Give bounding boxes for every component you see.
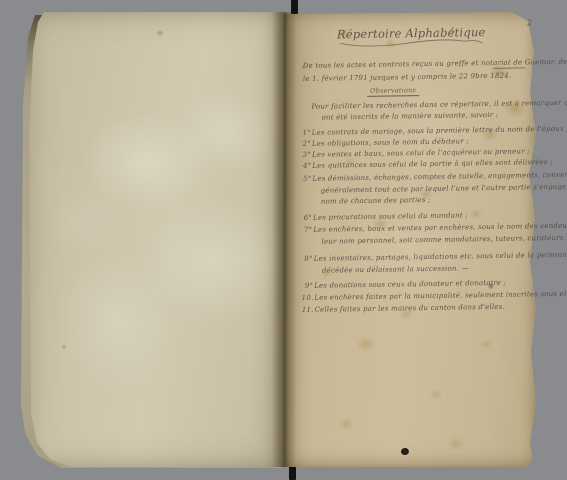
line-text: Les donations sous ceux du donateur et d…: [314, 279, 506, 290]
line-text: Les quittances sous celui de la partie à…: [312, 158, 552, 170]
manuscript-lines: Pour faciliter les recherches dans ce ré…: [297, 98, 544, 316]
manuscript-line: leur nom personnel, soit comme mandatair…: [299, 233, 543, 248]
ink-blot-dot: [401, 448, 409, 455]
line-text: ont été inscrits de la manière suivante,…: [321, 111, 498, 122]
manuscript-line: ont été inscrits de la manière suivante,…: [297, 109, 541, 124]
binding-strap-top: [291, 0, 298, 14]
manuscript-scan: 2 Répertoire Alphabétique De tous les ac…: [0, 0, 567, 480]
line-number: 4°: [298, 161, 311, 172]
left-blank-page: [26, 12, 284, 467]
line-text: Celles faites par les maires du canton d…: [314, 303, 505, 314]
line-text: décédée ou délaissant la succession. —: [322, 264, 469, 274]
line-number: 7°: [299, 225, 312, 236]
intro-paragraph: De tous les actes et contrats reçus au g…: [303, 56, 543, 86]
line-number: 6°: [299, 212, 312, 223]
line-text: Les inventaires, partages, liquidations …: [314, 250, 567, 262]
line-number: 1°: [298, 127, 311, 138]
line-text: Les procurations sous celui du mandant ;: [313, 211, 468, 221]
line-number: 10.: [300, 293, 313, 304]
line-text: Les démissions, échanges, comptes de tut…: [312, 170, 567, 182]
line-text: leur nom personnel, soit comme mandatair…: [321, 234, 567, 246]
manuscript-line: décédée ou délaissant la succession. —: [300, 262, 544, 277]
line-number: 3°: [298, 150, 311, 161]
line-number: 5°: [298, 174, 311, 185]
binding-strap-bottom: [289, 465, 296, 480]
line-number: 9°: [300, 281, 313, 292]
margin-ink-mark: [487, 283, 495, 289]
line-text: nom de chacune des parties ;: [321, 196, 431, 206]
line-number: 2°: [298, 139, 311, 150]
section-heading: Observations: [367, 86, 419, 97]
line-text: Les ventes et baux, sous celui de l'acqu…: [312, 148, 530, 159]
line-text: Les obligations, sous le nom du débiteur…: [312, 137, 469, 147]
page-number: 2: [527, 18, 532, 27]
line-number: 8°: [300, 253, 313, 264]
line-number: 11.: [300, 305, 313, 316]
manuscript-line: nom de chacune des parties ;: [299, 194, 543, 209]
page-title-block: Répertoire Alphabétique: [326, 25, 496, 50]
